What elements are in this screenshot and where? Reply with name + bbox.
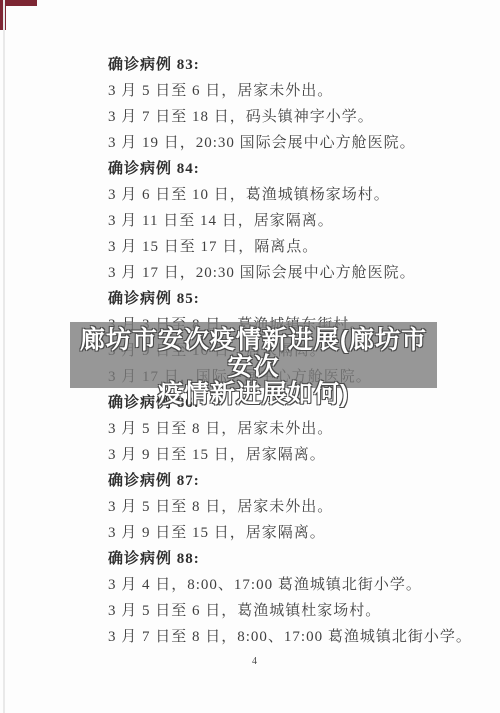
case-heading: 确诊病例 88:	[108, 546, 458, 572]
timeline-entry: 3 月 5 日至 8 日，居家未外出。	[108, 416, 458, 442]
timeline-entry: 3 月 7 日至 8 日，8:00、17:00 葛渔城镇北街小学。	[108, 624, 458, 650]
timeline-entry: 3 月 15 日至 17 日，隔离点。	[108, 234, 458, 260]
timeline-entry: 3 月 17 日，20:30 国际会展中心方舱医院。	[108, 260, 458, 286]
case-heading: 确诊病例 84:	[108, 156, 458, 182]
timeline-entry: 3 月 5 日至 6 日，葛渔城镇杜家场村。	[108, 598, 458, 624]
timeline-entry: 3 月 7 日至 18 日，码头镇神字小学。	[108, 104, 458, 130]
timeline-entry: 3 月 6 日至 10 日，葛渔城镇杨家场村。	[108, 182, 458, 208]
timeline-entry: 3 月 5 日至 8 日，居家未外出。	[108, 494, 458, 520]
watermark-text-line-1: 廊坊市安次疫情新进展(廊坊市安次	[70, 327, 437, 381]
case-heading: 确诊病例 85:	[108, 286, 458, 312]
timeline-entry: 3 月 9 日至 15 日，居家隔离。	[108, 442, 458, 468]
timeline-entry: 3 月 11 日至 14 日，居家隔离。	[108, 208, 458, 234]
case-heading: 确诊病例 83:	[108, 52, 458, 78]
page-left-edge-line	[3, 0, 5, 713]
watermark-overlay: 廊坊市安次疫情新进展(廊坊市安次 疫情新进展如何)	[70, 322, 437, 388]
timeline-entry: 3 月 19 日，20:30 国际会展中心方舱医院。	[108, 130, 458, 156]
watermark-text-line-2: 疫情新进展如何)	[70, 381, 437, 408]
page-number: 4	[252, 655, 257, 669]
scanned-document-page: 确诊病例 83: 3 月 5 日至 6 日，居家未外出。 3 月 7 日至 18…	[0, 0, 500, 713]
timeline-entry: 3 月 5 日至 6 日，居家未外出。	[108, 78, 458, 104]
timeline-entry: 3 月 4 日，8:00、17:00 葛渔城镇北街小学。	[108, 572, 458, 598]
case-heading: 确诊病例 87:	[108, 468, 458, 494]
timeline-entry: 3 月 9 日至 15 日，居家隔离。	[108, 520, 458, 546]
